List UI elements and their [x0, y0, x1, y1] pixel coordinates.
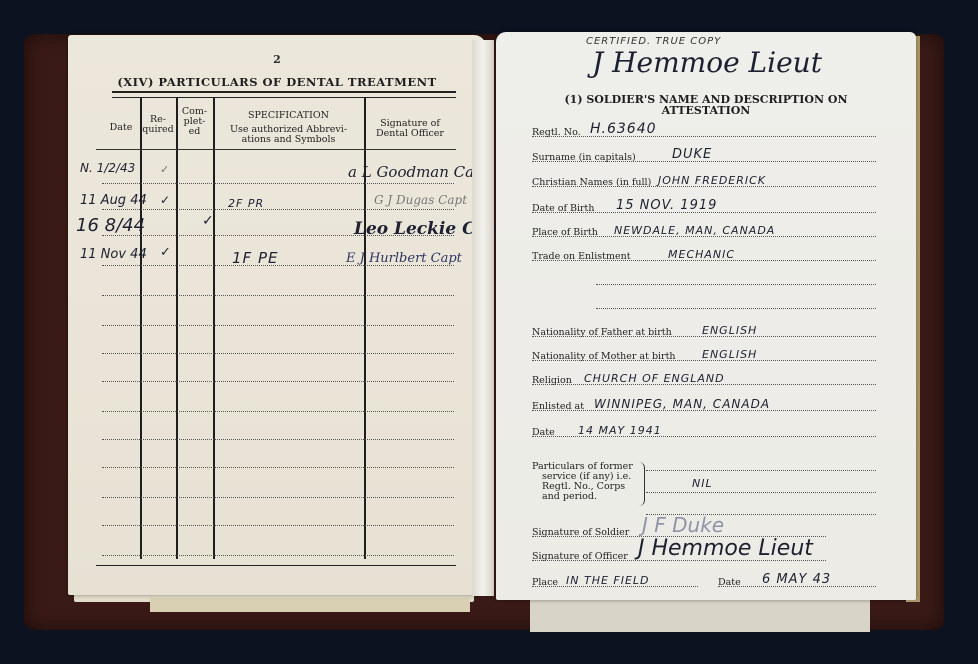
- row-line: [102, 525, 454, 526]
- row-line: [102, 467, 454, 468]
- field-trade: Trade on Enlistment MECHANIC: [532, 246, 876, 264]
- row-line: [102, 439, 454, 440]
- page-underlay: [530, 596, 870, 632]
- field-enlisted-at: Enlisted at WINNIPEG, MAN, CANADA: [532, 396, 876, 414]
- header-rule: [96, 149, 456, 150]
- field-christian-names: Christian Names (in full) JOHN FREDERICK: [532, 172, 876, 190]
- row-line: [102, 411, 454, 412]
- former-service-line: NIL: [646, 478, 876, 496]
- cell-specification: 2F PR: [228, 197, 264, 210]
- row-line: [102, 325, 454, 326]
- cell-signature: E J Hurlbert Capt: [346, 251, 462, 266]
- field-nationality-mother: Nationality of Mother at birth ENGLISH: [532, 346, 876, 364]
- field-place-of-birth: Place of Birth NEWDALE, MAN, CANADA: [532, 222, 876, 240]
- field-blank-line: [596, 294, 876, 312]
- right-page-attestation: CERTIFIED. TRUE COPY J Hemmoe Lieut (1) …: [496, 32, 916, 600]
- field-religion: Religion CHURCH OF ENGLAND: [532, 370, 876, 388]
- cell-signature: a L Goodman Capt: [348, 163, 490, 181]
- field-blank-line: [596, 270, 876, 288]
- cell-date: 11 Aug 44: [80, 193, 147, 208]
- field-signature-officer: Signature of Officer J Hemmoe Lieut: [532, 546, 826, 564]
- column-divider: [140, 97, 142, 559]
- column-divider: [176, 97, 178, 559]
- field-date: Date 6 MAY 43: [718, 572, 876, 590]
- field-regtl-no: Regtl. No. H.63640: [532, 122, 876, 140]
- cell-date: N. 1/2/43: [80, 161, 135, 175]
- section-title: (1) SOLDIER'S NAME AND DESCRIPTION ON AT…: [496, 94, 916, 116]
- double-rule: [112, 91, 456, 98]
- cell-completed: ✓: [202, 213, 214, 229]
- book-gutter: [472, 40, 494, 596]
- certification-signature: J Hemmoe Lieut: [592, 46, 822, 79]
- cell-required: ✓: [160, 245, 171, 260]
- column-divider: [213, 97, 215, 559]
- header-signature: Signature of Dental Officer: [364, 119, 456, 139]
- cell-signature: G J Dugas Capt: [374, 193, 467, 207]
- cell-date: 11 Nov 44: [80, 247, 147, 262]
- cell-date: 16 8/44: [76, 215, 145, 236]
- cell-required: ✓: [160, 163, 169, 176]
- row-line: [102, 209, 454, 210]
- bottom-rule: [96, 565, 456, 566]
- field-enlisted-date: Date 14 MAY 1941: [532, 422, 876, 440]
- field-surname: Surname (in capitals) DUKE: [532, 147, 876, 165]
- header-date: Date: [102, 123, 140, 133]
- cell-required: ✓: [160, 193, 170, 207]
- header-required: Re- quired: [140, 115, 176, 135]
- section-title: (XIV) PARTICULARS OF DENTAL TREATMENT: [68, 75, 486, 89]
- row-line: [102, 353, 454, 354]
- former-service-label: Particulars of former service (if any) i…: [532, 462, 642, 502]
- former-service-line: [646, 456, 876, 474]
- cell-specification: 1F PE: [232, 249, 278, 267]
- row-line: [102, 497, 454, 498]
- page-number: 2: [68, 53, 486, 66]
- field-date-of-birth: Date of Birth 15 NOV. 1919: [532, 198, 876, 216]
- row-line: [102, 295, 454, 296]
- brace: [638, 462, 645, 506]
- row-line: [102, 183, 454, 184]
- field-nationality-father: Nationality of Father at birth ENGLISH: [532, 322, 876, 340]
- header-specification: SPECIFICATION Use authorized Abbrevi- at…: [213, 111, 364, 145]
- left-page-dental-treatment: 2 (XIV) PARTICULARS OF DENTAL TREATMENT …: [68, 35, 486, 595]
- field-place: Place IN THE FIELD: [532, 572, 698, 590]
- row-line: [102, 381, 454, 382]
- row-line: [102, 555, 454, 556]
- header-completed: Com- plet- ed: [176, 107, 213, 137]
- page-underlay: [150, 598, 470, 612]
